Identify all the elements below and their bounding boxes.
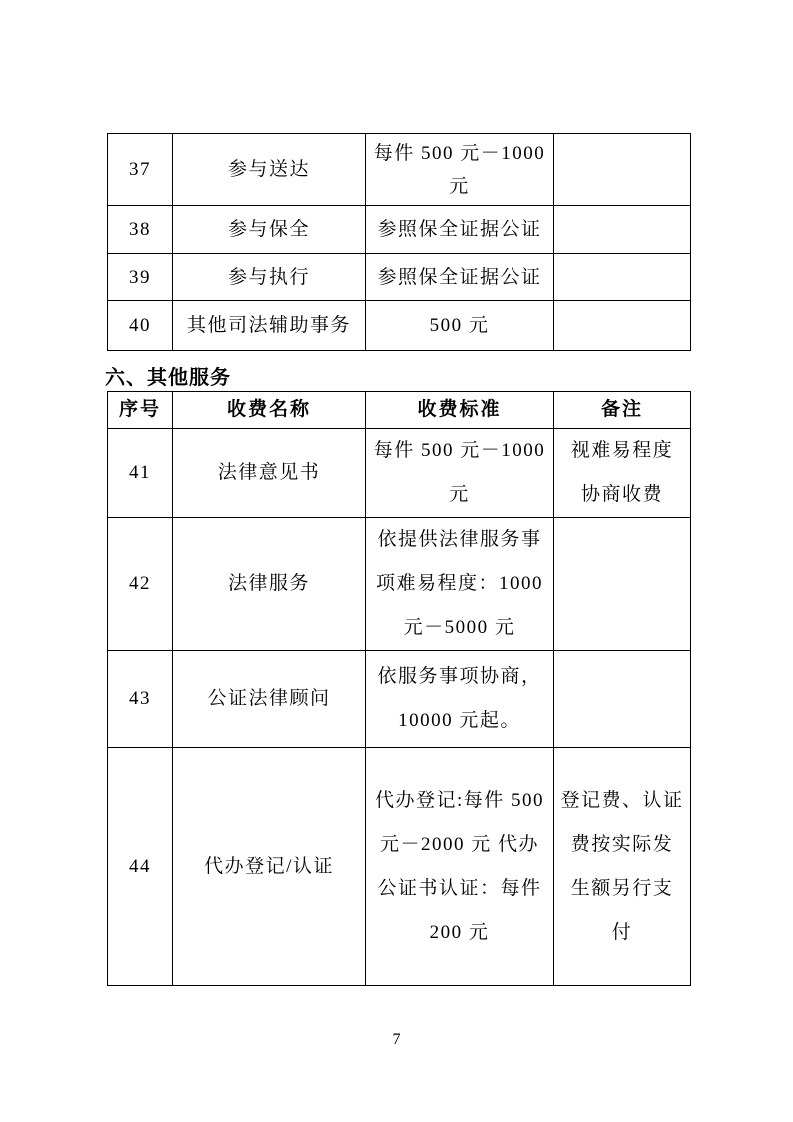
judicial-assistance-fee-table: 37 参与送达 每件 500 元－1000 元 38 参与保全 参照保全证据公证…: [107, 133, 691, 351]
row-number-cell: 43: [108, 651, 173, 748]
fee-standard-cell: 每件 500 元－1000 元: [366, 134, 554, 206]
fee-standard-cell: 参照保全证据公证: [366, 254, 554, 301]
remark-cell: [554, 301, 691, 351]
row-number-cell: 38: [108, 206, 173, 254]
fee-name-cell: 公证法律顾问: [173, 651, 366, 748]
fee-name-cell: 法律意见书: [173, 429, 366, 518]
row-number-cell: 42: [108, 518, 173, 651]
header-fee-name: 收费名称: [173, 392, 366, 429]
fee-standard-cell: 参照保全证据公证: [366, 206, 554, 254]
header-remark: 备注: [554, 392, 691, 429]
fee-standard-cell: 依提供法律服务事 项难易程度：1000 元－5000 元: [366, 518, 554, 651]
table-header-row: 序号 收费名称 收费标准 备注: [108, 392, 691, 429]
row-number-cell: 37: [108, 134, 173, 206]
header-row-number: 序号: [108, 392, 173, 429]
section-title: 六、其他服务: [105, 361, 231, 390]
table-row: 37 参与送达 每件 500 元－1000 元: [108, 134, 691, 206]
header-fee-standard: 收费标准: [366, 392, 554, 429]
table-row: 44 代办登记/认证 代办登记:每件 500 元－2000 元 代办 公证书认证…: [108, 748, 691, 986]
remark-cell: [554, 518, 691, 651]
fee-name-cell: 代办登记/认证: [173, 748, 366, 986]
remark-cell: 视难易程度 协商收费: [554, 429, 691, 518]
remark-cell: [554, 134, 691, 206]
fee-name-cell: 参与送达: [173, 134, 366, 206]
row-number-cell: 41: [108, 429, 173, 518]
table-row: 38 参与保全 参照保全证据公证: [108, 206, 691, 254]
table-row: 43 公证法律顾问 依服务事项协商， 10000 元起。: [108, 651, 691, 748]
fee-standard-cell: 500 元: [366, 301, 554, 351]
fee-name-cell: 其他司法辅助事务: [173, 301, 366, 351]
remark-cell: [554, 254, 691, 301]
fee-standard-cell: 代办登记:每件 500 元－2000 元 代办 公证书认证：每件 200 元: [366, 748, 554, 986]
page-number: 7: [0, 1031, 793, 1049]
fee-name-cell: 参与执行: [173, 254, 366, 301]
remark-cell: [554, 206, 691, 254]
other-services-fee-table: 序号 收费名称 收费标准 备注 41 法律意见书 每件 500 元－1000 元…: [107, 391, 691, 986]
remark-cell: [554, 651, 691, 748]
fee-name-cell: 法律服务: [173, 518, 366, 651]
table-row: 41 法律意见书 每件 500 元－1000 元 视难易程度 协商收费: [108, 429, 691, 518]
remark-cell: 登记费、认证 费按实际发 生额另行支 付: [554, 748, 691, 986]
fee-standard-cell: 每件 500 元－1000 元: [366, 429, 554, 518]
table-row: 40 其他司法辅助事务 500 元: [108, 301, 691, 351]
row-number-cell: 39: [108, 254, 173, 301]
row-number-cell: 44: [108, 748, 173, 986]
row-number-cell: 40: [108, 301, 173, 351]
document-page: 37 参与送达 每件 500 元－1000 元 38 参与保全 参照保全证据公证…: [0, 0, 793, 1122]
table-row: 39 参与执行 参照保全证据公证: [108, 254, 691, 301]
fee-standard-cell: 依服务事项协商， 10000 元起。: [366, 651, 554, 748]
table-row: 42 法律服务 依提供法律服务事 项难易程度：1000 元－5000 元: [108, 518, 691, 651]
fee-name-cell: 参与保全: [173, 206, 366, 254]
